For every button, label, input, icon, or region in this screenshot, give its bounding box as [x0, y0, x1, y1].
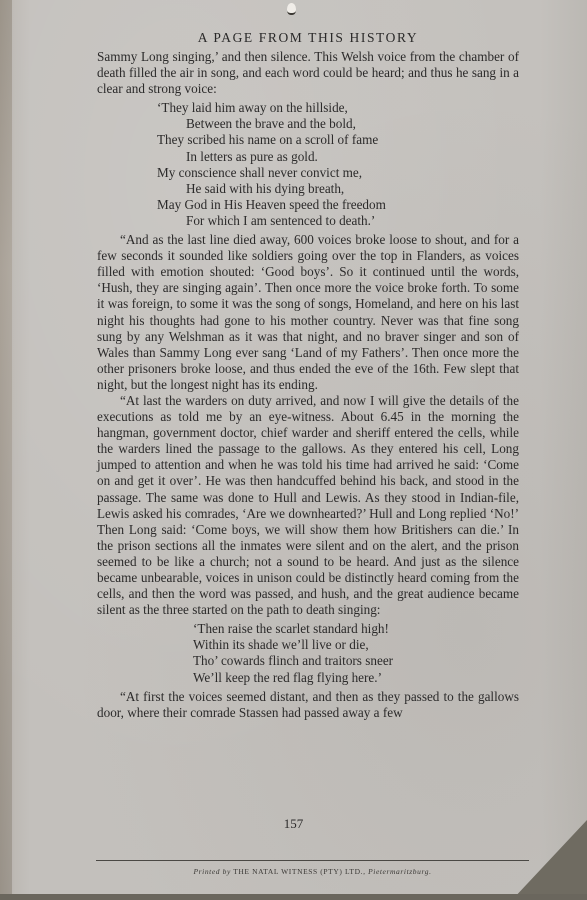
- book-page: A PAGE FROM THIS HISTORY Sammy Long sing…: [0, 0, 587, 900]
- imprint-prefix: Printed by: [193, 867, 230, 876]
- page-edge-stain: [0, 0, 12, 900]
- paragraph-2: “And as the last line died away, 600 voi…: [97, 232, 519, 393]
- verse-line: They scribed his name on a scroll of fam…: [157, 132, 519, 148]
- verse-block-1: ‘They laid him away on the hillside, Bet…: [97, 100, 519, 229]
- page-content: A PAGE FROM THIS HISTORY Sammy Long sing…: [97, 30, 519, 721]
- verse-line: He said with his dying breath,: [157, 181, 519, 197]
- verse-line: ‘Then raise the scarlet standard high!: [193, 621, 519, 637]
- verse-line: We’ll keep the red flag flying here.’: [193, 670, 519, 686]
- verse-line: May God in His Heaven speed the freedom: [157, 197, 519, 213]
- verse-line: My conscience shall never convict me,: [157, 165, 519, 181]
- footer-rule: [96, 860, 529, 861]
- page-bottom-edge: [0, 894, 587, 900]
- printer-imprint: Printed by THE NATAL WITNESS (PTY) LTD.,…: [96, 867, 529, 876]
- imprint-name: THE NATAL WITNESS (PTY) LTD.,: [233, 867, 365, 876]
- paragraph-1: Sammy Long singing,’ and then silence. T…: [97, 49, 519, 97]
- verse-block-2: ‘Then raise the scarlet standard high! W…: [97, 621, 519, 685]
- paragraph-3: “At last the warders on duty arrived, an…: [97, 393, 519, 618]
- imprint-place: Pietermaritzburg.: [368, 867, 431, 876]
- page-number: 157: [0, 816, 587, 832]
- verse-line: For which I am sentenced to death.’: [157, 213, 519, 229]
- verse-line: ‘They laid him away on the hillside,: [157, 100, 519, 116]
- running-title: A PAGE FROM THIS HISTORY: [97, 30, 519, 46]
- binding-staple-mark: [287, 3, 296, 15]
- verse-line: Within its shade we’ll live or die,: [193, 637, 519, 653]
- verse-line: Between the brave and the bold,: [157, 116, 519, 132]
- paragraph-4: “At first the voices seemed distant, and…: [97, 689, 519, 721]
- verse-line: Tho’ cowards flinch and traitors sneer: [193, 653, 519, 669]
- verse-line: In letters as pure as gold.: [157, 149, 519, 165]
- torn-corner: [512, 820, 587, 900]
